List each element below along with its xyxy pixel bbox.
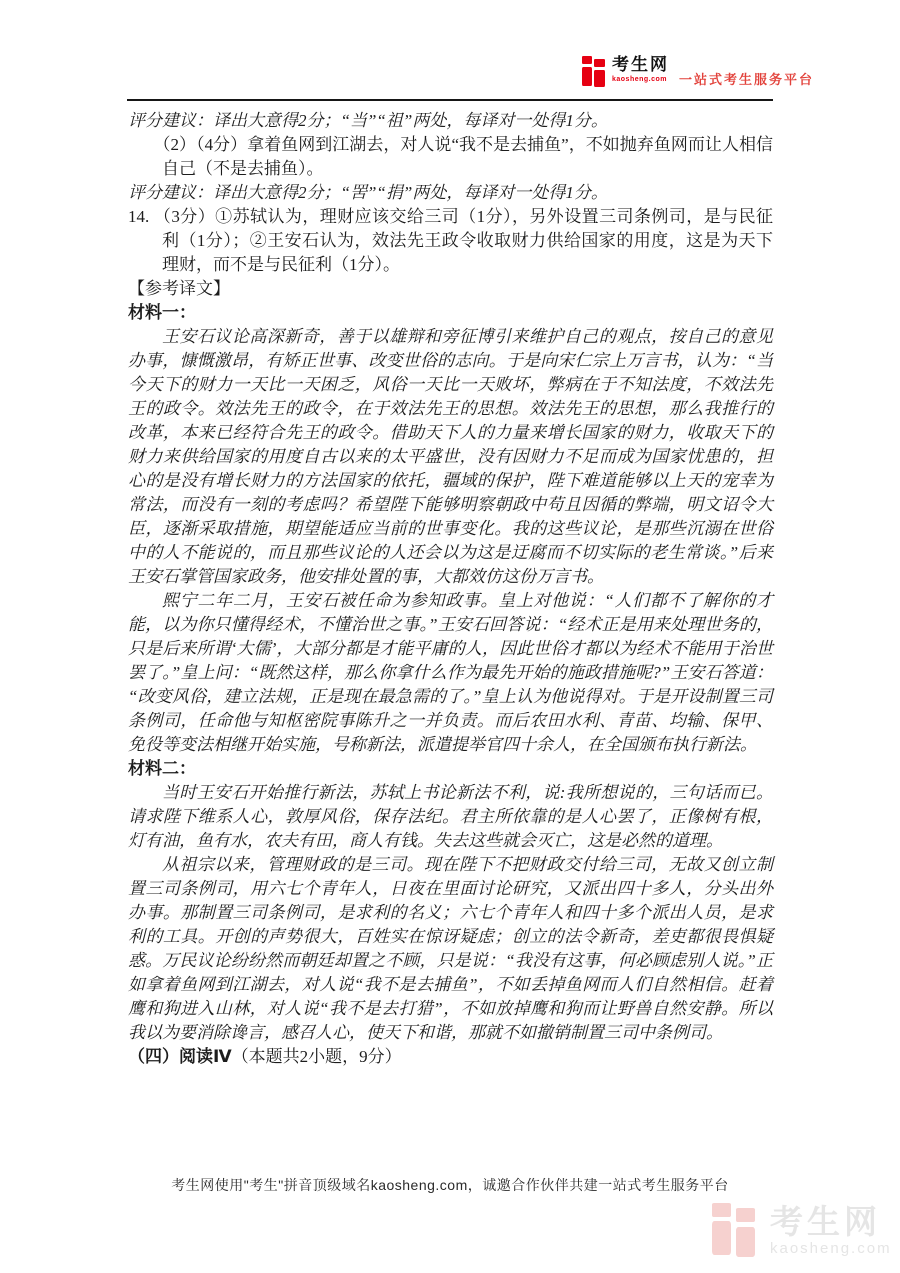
- logo-text: 考生网 kaosheng.com: [612, 56, 669, 83]
- logo-site-name: 考生网: [612, 56, 669, 73]
- answer-item: （2）（4分）拿着鱼网到江湖去，对人说“我不是去捕鱼”，不如抛弃鱼网而让人相信自…: [128, 133, 773, 181]
- logo-domain: kaosheng.com: [612, 76, 669, 83]
- kaosheng-h-icon: [712, 1203, 758, 1257]
- watermark-site-name: 考生网: [770, 1205, 892, 1238]
- section-heading-bold: （四）阅读Ⅳ: [128, 1047, 232, 1066]
- document-page: 考生网 kaosheng.com 一站式考生服务平台 评分建议：译出大意得2分；…: [0, 0, 900, 1273]
- section-heading-rest: （本题共2小题，9分）: [232, 1047, 402, 1066]
- document-body: 评分建议：译出大意得2分；“当”“祖”两处，每译对一处得1分。 （2）（4分）拿…: [128, 109, 773, 1069]
- reference-translation-title: 【参考译文】: [128, 277, 773, 301]
- translation-paragraph: 从祖宗以来，管理财政的是三司。现在陛下不把财政交付给三司，无故又创立制置三司条例…: [128, 853, 773, 1045]
- answer-item: 14. （3分）①苏轼认为，理财应该交给三司（1分），另外设置三司条例司，是与民…: [128, 205, 773, 277]
- logo-tagline: 一站式考生服务平台: [679, 69, 814, 88]
- watermark-text: 考生网 kaosheng.com: [770, 1205, 892, 1256]
- scoring-note: 评分建议：译出大意得2分；“当”“祖”两处，每译对一处得1分。: [128, 109, 773, 133]
- material-heading: 材料二：: [128, 757, 773, 781]
- kaosheng-h-icon: [582, 56, 606, 87]
- material-heading: 材料一：: [128, 301, 773, 325]
- section-heading: （四）阅读Ⅳ（本题共2小题，9分）: [128, 1045, 773, 1069]
- translation-paragraph: 当时王安石开始推行新法，苏轼上书论新法不利，说:我所想说的，三句话而已。请求陛下…: [128, 781, 773, 853]
- watermark-domain: kaosheng.com: [770, 1241, 892, 1256]
- scoring-note: 评分建议：译出大意得2分；“罟”“捐”两处，每译对一处得1分。: [128, 181, 773, 205]
- kaosheng-logo: 考生网 kaosheng.com 一站式考生服务平台: [582, 56, 814, 88]
- kaosheng-watermark: 考生网 kaosheng.com: [712, 1203, 892, 1257]
- translation-paragraph: 熙宁二年二月，王安石被任命为参知政事。皇上对他说：“人们都不了解你的才能，以为你…: [128, 589, 773, 757]
- translation-paragraph: 王安石议论高深新奇，善于以雄辩和旁征博引来维护自己的观点，按自己的意见办事，慷慨…: [128, 325, 773, 589]
- header-divider: [127, 99, 773, 101]
- footer-slogan: 考生网使用"考生"拼音顶级域名kaosheng.com，诚邀合作伙伴共建一站式考…: [0, 1175, 900, 1195]
